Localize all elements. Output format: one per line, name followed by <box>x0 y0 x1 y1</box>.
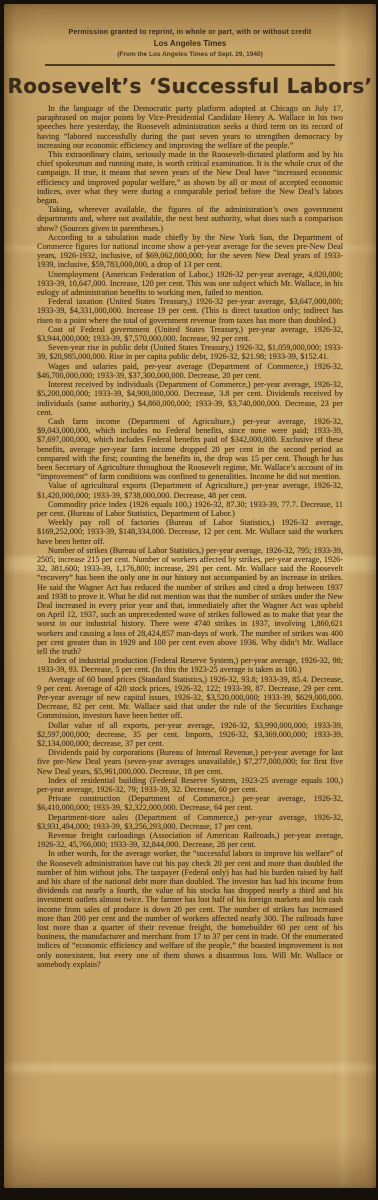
article-paragraph: Commodity price index (1926 equals 100,)… <box>37 500 343 518</box>
masthead: Permission granted to reprint, in whole … <box>4 4 376 66</box>
article-body: In the language of the Democratic party … <box>37 104 343 969</box>
article-paragraph: Interest received by individuals (Depart… <box>37 380 343 417</box>
article-paragraph: According to a tabulation made chiefly b… <box>37 233 343 270</box>
article-headline: Roosevelt’s ‘Successful Labors’ <box>4 74 376 98</box>
article-paragraph: In the language of the Democratic party … <box>37 104 343 150</box>
article-paragraph: Index of residential building (Federal R… <box>37 776 343 794</box>
article-paragraph: This extraordinary claim, seriously made… <box>37 150 343 205</box>
article-paragraph: Federal taxation (United States Treasury… <box>37 297 343 325</box>
article-paragraph: Unemployment (American Federation of Lab… <box>37 270 343 298</box>
article-paragraph: Weekly pay roll of factories (Bureau of … <box>37 518 343 546</box>
article-paragraph: Index of industrial production (Federal … <box>37 656 343 674</box>
source-citation: (From the Los Angeles Times of Sept. 29,… <box>4 49 376 60</box>
article-paragraph: Revenue freight carloadings (Association… <box>37 831 343 849</box>
article-paragraph: Seven-year rise in public debt (United S… <box>37 343 343 361</box>
source-name: Los Angeles Times <box>4 38 376 49</box>
article-paragraph: Taking, wherever available, the figures … <box>37 205 343 233</box>
article-paragraph: Private construction (Department of Comm… <box>37 794 343 812</box>
article-paragraph: Average of 60 bond prices (Standard Stat… <box>37 675 343 721</box>
article-paragraph: Wages and salaries paid, per-year averag… <box>37 362 343 380</box>
article-paragraph: Dividends paid by corporations (Bureau o… <box>37 748 343 776</box>
masthead-divider-rule <box>45 64 335 66</box>
article-paragraph: Number of strikes (Bureau of Labor Stati… <box>37 546 343 656</box>
article-paragraph: Department-store sales (Department of Co… <box>37 813 343 831</box>
article-paragraph: In other words, for the average worker, … <box>37 849 343 969</box>
article-paragraph: Dollar value of all exports, per-year av… <box>37 721 343 749</box>
article-paragraph: Value of agricultural exports (Departmen… <box>37 481 343 499</box>
reprint-permission-line: Permission granted to reprint, in whole … <box>4 28 376 38</box>
newspaper-clipping: Permission granted to reprint, in whole … <box>4 4 376 1188</box>
article-paragraph: Cash farm income (Department of Agricult… <box>37 417 343 481</box>
article-paragraph: Cost of Federal government (United State… <box>37 325 343 343</box>
